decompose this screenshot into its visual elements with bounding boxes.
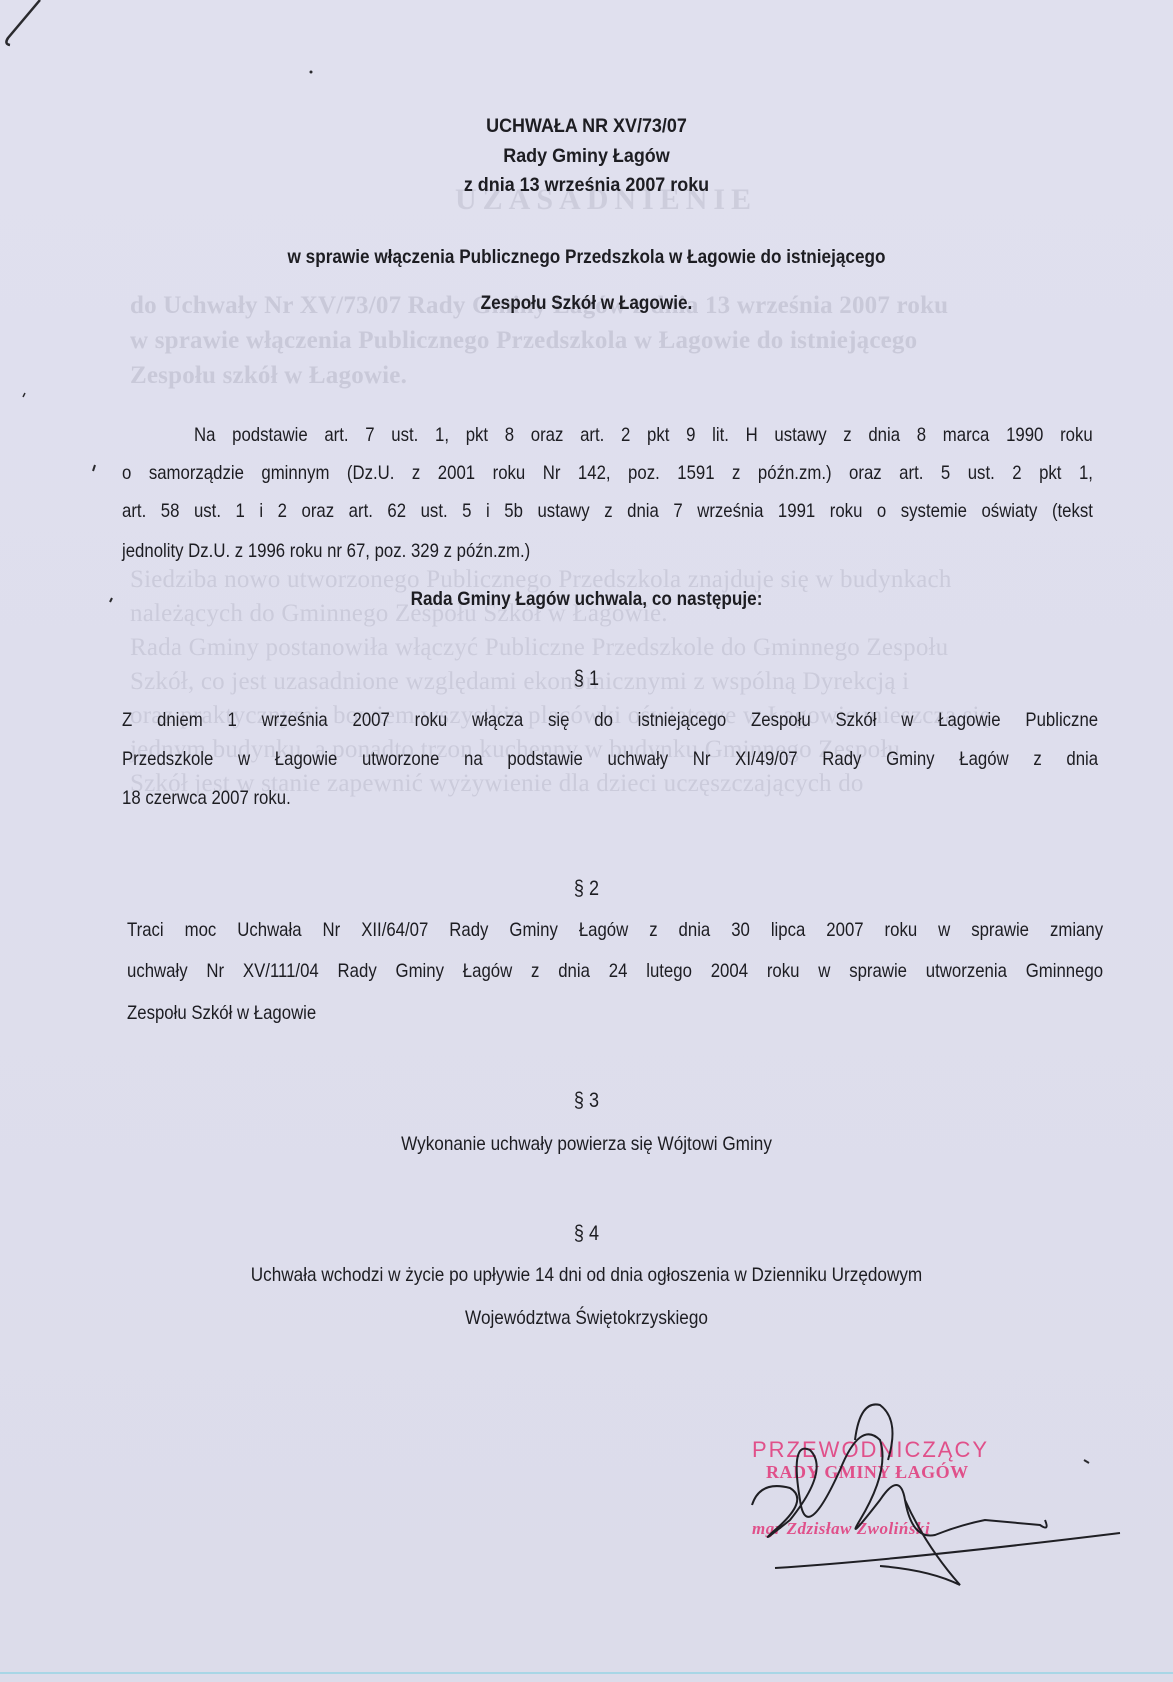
signature-icon: [0, 0, 1173, 1682]
scan-edge-line: [0, 1672, 1173, 1674]
scanned-page: UZASADNIENIE do Uchwały Nr XV/73/07 Rady…: [0, 0, 1173, 1682]
